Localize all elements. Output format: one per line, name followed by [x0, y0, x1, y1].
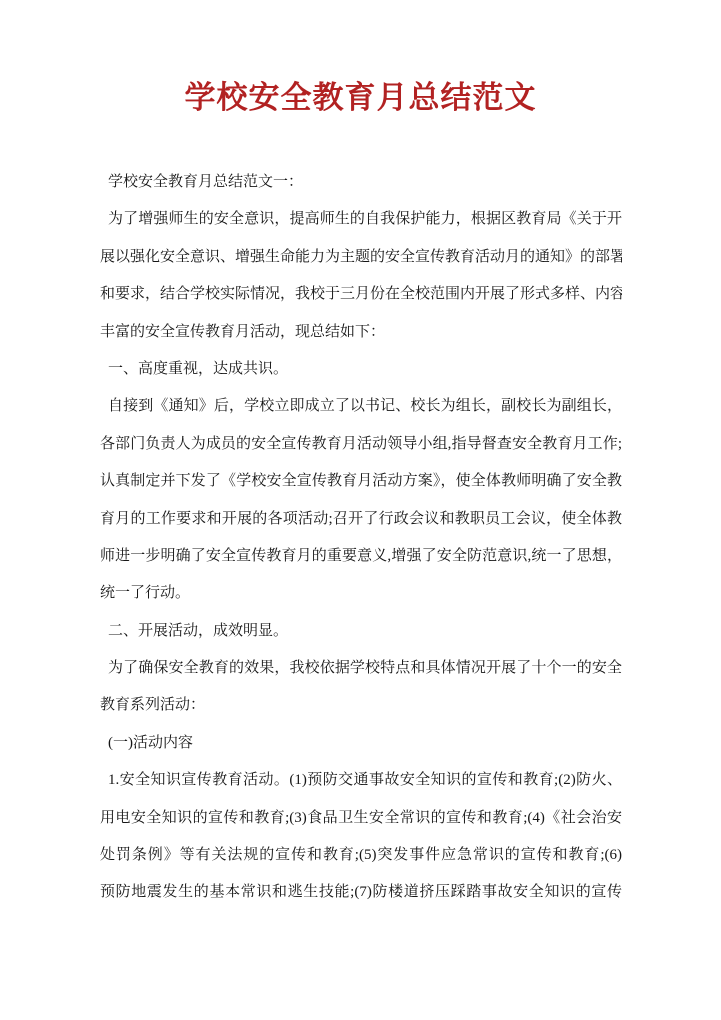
document-body: 学校安全教育月总结范文一：为了增强师生的安全意识，提高师生的自我保护能力，根据区…: [100, 164, 622, 912]
text-line: 预防地震发生的基本常识和逃生技能;(7)防楼道挤压踩踏事故安全知识的宣传: [100, 874, 622, 911]
document-page: 学校安全教育月总结范文 学校安全教育月总结范文一：为了增强师生的安全意识，提高师…: [0, 0, 721, 1020]
text-line: 1.安全知识宣传教育活动。(1)预防交通事故安全知识的宣传和教育;(2)防火、: [100, 762, 622, 799]
text-line: 丰富的安全宣传教育月活动，现总结如下：: [100, 314, 622, 351]
paragraph: 为了增强师生的安全意识，提高师生的自我保护能力，根据区教育局《关于开展以强化安全…: [100, 201, 622, 351]
paragraph: 自接到《通知》后，学校立即成立了以书记、校长为组长，副校长为副组长，各部门负责人…: [100, 388, 622, 612]
text-line: 统一了行动。: [100, 575, 622, 612]
text-line: 自接到《通知》后，学校立即成立了以书记、校长为组长，副校长为副组长，: [100, 388, 622, 425]
text-line: 师进一步明确了安全宣传教育月的重要意义,增强了安全防范意识,统一了思想，: [100, 538, 622, 575]
text-line: 认真制定并下发了《学校安全宣传教育月活动方案》，使全体教师明确了安全教: [100, 463, 622, 500]
paragraph: 二、开展活动，成效明显。: [100, 613, 622, 650]
paragraph: 一、高度重视，达成共识。: [100, 351, 622, 388]
document-title: 学校安全教育月总结范文: [0, 76, 721, 120]
text-line: 各部门负责人为成员的安全宣传教育月活动领导小组,指导督查安全教育月工作;: [100, 426, 622, 463]
text-line: 为了增强师生的安全意识，提高师生的自我保护能力，根据区教育局《关于开: [100, 201, 622, 238]
paragraph: 为了确保安全教育的效果，我校依据学校特点和具体情况开展了十个一的安全教育系列活动…: [100, 650, 622, 725]
text-line: 展以强化安全意识、增强生命能力为主题的安全宣传教育活动月的通知》的部署: [100, 239, 622, 276]
text-line: 一、高度重视，达成共识。: [100, 351, 622, 388]
paragraph: (一)活动内容: [100, 725, 622, 762]
text-line: 用电安全知识的宣传和教育;(3)食品卫生安全常识的宣传和教育;(4)《社会治安: [100, 800, 622, 837]
text-line: 二、开展活动，成效明显。: [100, 613, 622, 650]
text-line: (一)活动内容: [100, 725, 622, 762]
text-line: 教育系列活动：: [100, 687, 622, 724]
text-line: 学校安全教育月总结范文一：: [100, 164, 622, 201]
paragraph: 学校安全教育月总结范文一：: [100, 164, 622, 201]
text-line: 和要求，结合学校实际情况，我校于三月份在全校范围内开展了形式多样、内容: [100, 276, 622, 313]
text-line: 育月的工作要求和开展的各项活动;召开了行政会议和教职员工会议，使全体教: [100, 501, 622, 538]
text-line: 处罚条例》等有关法规的宣传和教育;(5)突发事件应急常识的宣传和教育;(6): [100, 837, 622, 874]
paragraph: 1.安全知识宣传教育活动。(1)预防交通事故安全知识的宣传和教育;(2)防火、用…: [100, 762, 622, 912]
text-line: 为了确保安全教育的效果，我校依据学校特点和具体情况开展了十个一的安全: [100, 650, 622, 687]
